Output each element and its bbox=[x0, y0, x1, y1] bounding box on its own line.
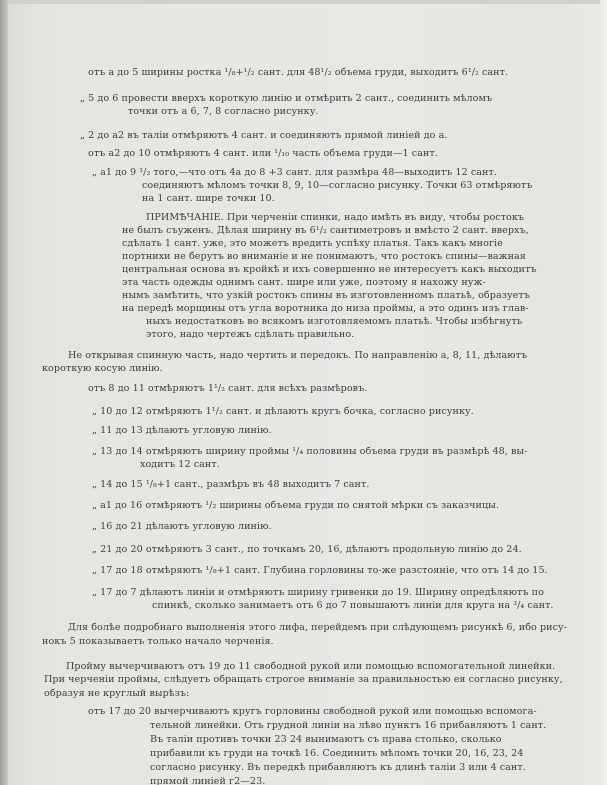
text-line: „ 2 до а2 въ таліи отмѣряютъ 4 сант. и с… bbox=[80, 130, 447, 142]
text-line: „ 17 до 7 дѣлаютъ линіи и отмѣряютъ шири… bbox=[92, 587, 544, 599]
text-line: прямой линіей г2—23. bbox=[150, 776, 265, 785]
text-line: „ 21 до 20 отмѣряютъ 3 сант., по точкамъ… bbox=[92, 544, 522, 556]
text-line: Не открывая спинную часть, надо чертить … bbox=[68, 350, 527, 362]
text-line: „ 13 до 14 отмѣряютъ ширину проймы ¹/₄ п… bbox=[92, 446, 527, 458]
text-line: отъ 17 до 20 вычерчиваютъ кругъ горловин… bbox=[88, 706, 537, 718]
text-line: образуя не круглый вырѣзъ: bbox=[44, 688, 189, 700]
text-line: отъ а до 5 ширины ростка ¹/₈+¹/₂ сант. д… bbox=[88, 67, 508, 79]
page-binding-edge bbox=[0, 0, 8, 785]
text-line: „ 17 до 18 отмѣряютъ ¹/₈+1 сант. Глубина… bbox=[92, 565, 548, 577]
text-line: „ 10 до 12 отмѣряютъ 1¹/₂ сант. и дѣлают… bbox=[92, 406, 474, 418]
text-line: отъ 8 до 11 отмѣряютъ 1¹/₂ сант. для всѣ… bbox=[88, 383, 367, 395]
text-line: Пройму вычерчиваютъ отъ 19 до 11 свободн… bbox=[66, 661, 555, 673]
text-line: соединяютъ мѣломъ точки 8, 9, 10—согласн… bbox=[142, 180, 532, 192]
scanned-page: отъ а до 5 ширины ростка ¹/₈+¹/₂ сант. д… bbox=[0, 0, 607, 785]
text-line: „ а1 до 16 отмѣряютъ ¹/₂ ширины объема г… bbox=[92, 500, 499, 512]
page-top-edge bbox=[0, 0, 600, 4]
text-line: нокъ 5 показываетъ только начало черчені… bbox=[42, 636, 274, 648]
note-line: центральная основа въ кройкѣ и ихъ совер… bbox=[122, 264, 536, 276]
note-line: на передѣ морщины отъ угла воротника до … bbox=[122, 303, 529, 315]
text-line: Для болѣе подробнаго выполненія этого ли… bbox=[68, 622, 567, 634]
text-line: При черченіи проймы, слѣдуетъ обращать с… bbox=[44, 674, 563, 686]
text-line: „ а1 до 9 ¹/₂ того,—что отъ 4а до 8 +3 с… bbox=[92, 167, 497, 179]
note-line: эта часть одежды однимъ сант. шире или у… bbox=[122, 277, 486, 289]
note-line: портнихи не берутъ во вниманіе и не пони… bbox=[122, 251, 526, 263]
text-line: ходитъ 12 сант. bbox=[140, 459, 220, 471]
text-line: Въ таліи противъ точки 23 24 вынимаютъ с… bbox=[150, 734, 502, 746]
text-line: „ 16 до 21 дѣлаютъ угловую линію. bbox=[92, 521, 272, 533]
text-line: „ 14 до 15 ¹/₈+1 сант., размѣръ въ 48 вы… bbox=[92, 479, 369, 491]
text-line: согласно рисунку. Въ передкѣ прибавляютъ… bbox=[150, 762, 526, 774]
text-line: спинкѣ, сколько занимаетъ отъ 6 до 7 пов… bbox=[152, 600, 554, 612]
note-line: нымъ замѣтить, что узкій ростокъ спины в… bbox=[122, 290, 530, 302]
text-line: тельной линейки. Отъ грудной линіи на лѣ… bbox=[150, 720, 546, 732]
note-line: ныхъ недостатковъ во всякомъ изготовляем… bbox=[146, 316, 522, 328]
text-line: точки отъ а 6, 7, 8 согласно рисунку. bbox=[128, 106, 319, 118]
text-line: прибавили къ груди на точкѣ 16. Соединит… bbox=[150, 748, 523, 760]
text-line: „ 11 до 13 дѣлаютъ угловую линію. bbox=[92, 425, 272, 437]
text-line: отъ а2 до 10 отмѣряютъ 4 сант. или ¹/₁₀ … bbox=[88, 148, 438, 160]
text-line: „ 5 до 6 провести вверхъ короткую линію … bbox=[80, 93, 492, 105]
text-line: на 1 сант. шире точки 10. bbox=[142, 193, 275, 205]
text-line: короткую косую линію. bbox=[42, 363, 163, 375]
note-line: сдѣлать 1 сант. уже, это можетъ вредить … bbox=[122, 238, 503, 250]
note-line: не былъ съуженъ. Дѣлая ширину въ 6¹/₂ са… bbox=[122, 225, 529, 237]
note-line: ПРИМѢЧАНІЕ. При черченіи спинки, надо им… bbox=[146, 212, 524, 224]
note-line: этого, надо чертежъ сдѣлать правильно. bbox=[146, 329, 354, 341]
